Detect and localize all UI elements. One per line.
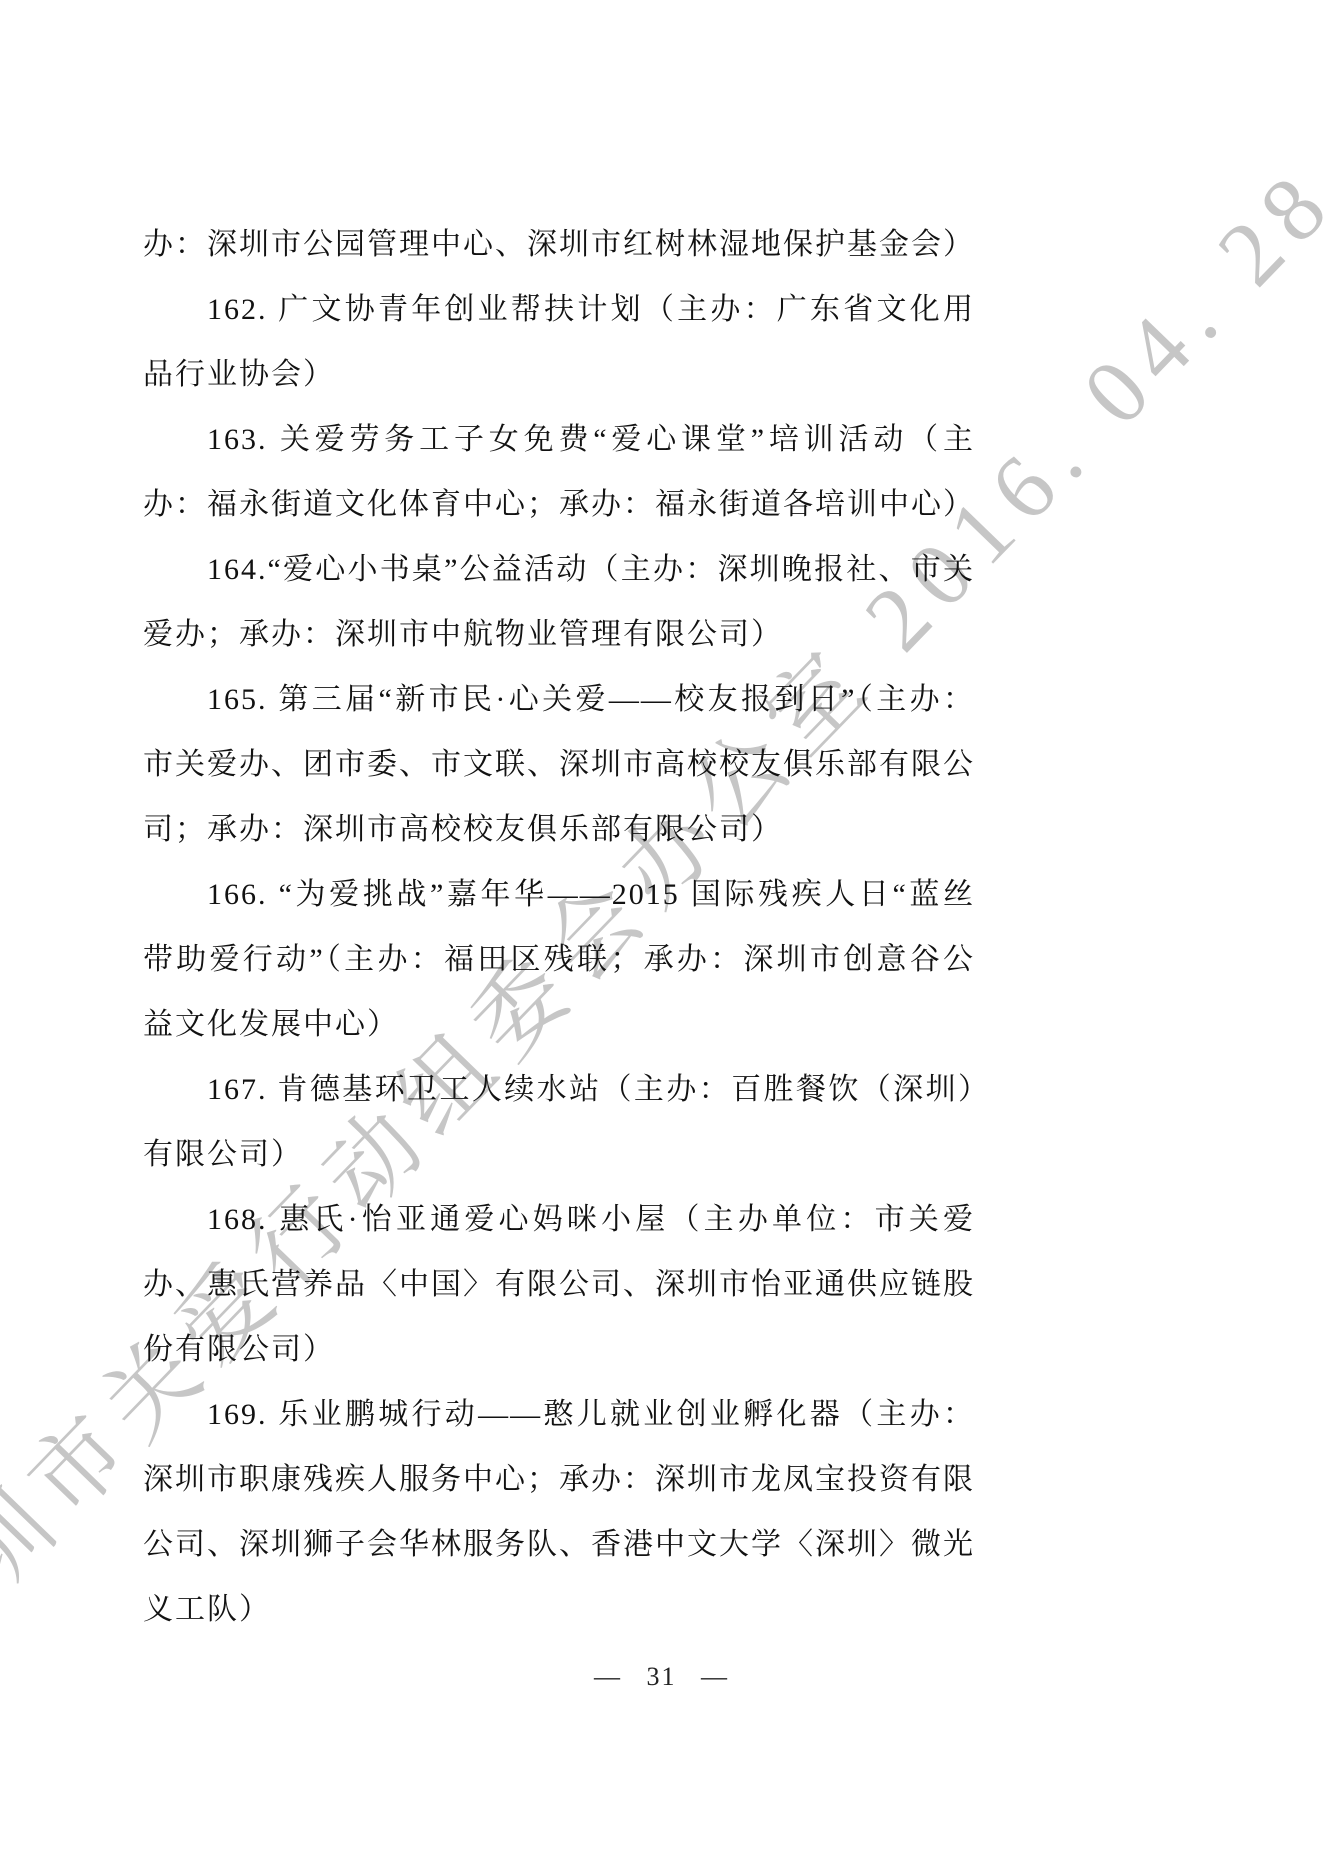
list-item-169: 169. 乐业鹏城行动——憨儿就业创业孵化器（主办：深圳市职康残疾人服务中心；承…: [143, 1382, 975, 1642]
list-item-162: 162. 广文协青年创业帮扶计划（主办：广东省文化用品行业协会）: [143, 277, 975, 407]
continuation-paragraph: 办：深圳市公园管理中心、深圳市红树林湿地保护基金会）: [143, 212, 975, 277]
list-item-164: 164.“爱心小书桌”公益活动（主办：深圳晚报社、市关爱办；承办：深圳市中航物业…: [143, 537, 975, 667]
document-body: 办：深圳市公园管理中心、深圳市红树林湿地保护基金会） 162. 广文协青年创业帮…: [143, 212, 975, 1642]
list-item-168: 168. 惠氏·怡亚通爱心妈咪小屋（主办单位：市关爱办、惠氏营养品〈中国〉有限公…: [143, 1187, 975, 1382]
list-item-163: 163. 关爱劳务工子女免费“爱心课堂”培训活动（主办：福永街道文化体育中心；承…: [143, 407, 975, 537]
document-page: 深圳市关爱行动组委会办公室 2016. 04. 28 办：深圳市公园管理中心、深…: [0, 0, 1323, 1871]
list-item-167: 167. 肯德基环卫工人续水站（主办：百胜餐饮（深圳）有限公司）: [143, 1057, 975, 1187]
list-item-165: 165. 第三届“新市民·心关爱——校友报到日”（主办：市关爱办、团市委、市文联…: [143, 667, 975, 862]
list-item-166: 166. “为爱挑战”嘉年华——2015 国际残疾人日“蓝丝带助爱行动”（主办：…: [143, 862, 975, 1057]
page-number: — 31 —: [0, 1662, 1323, 1692]
